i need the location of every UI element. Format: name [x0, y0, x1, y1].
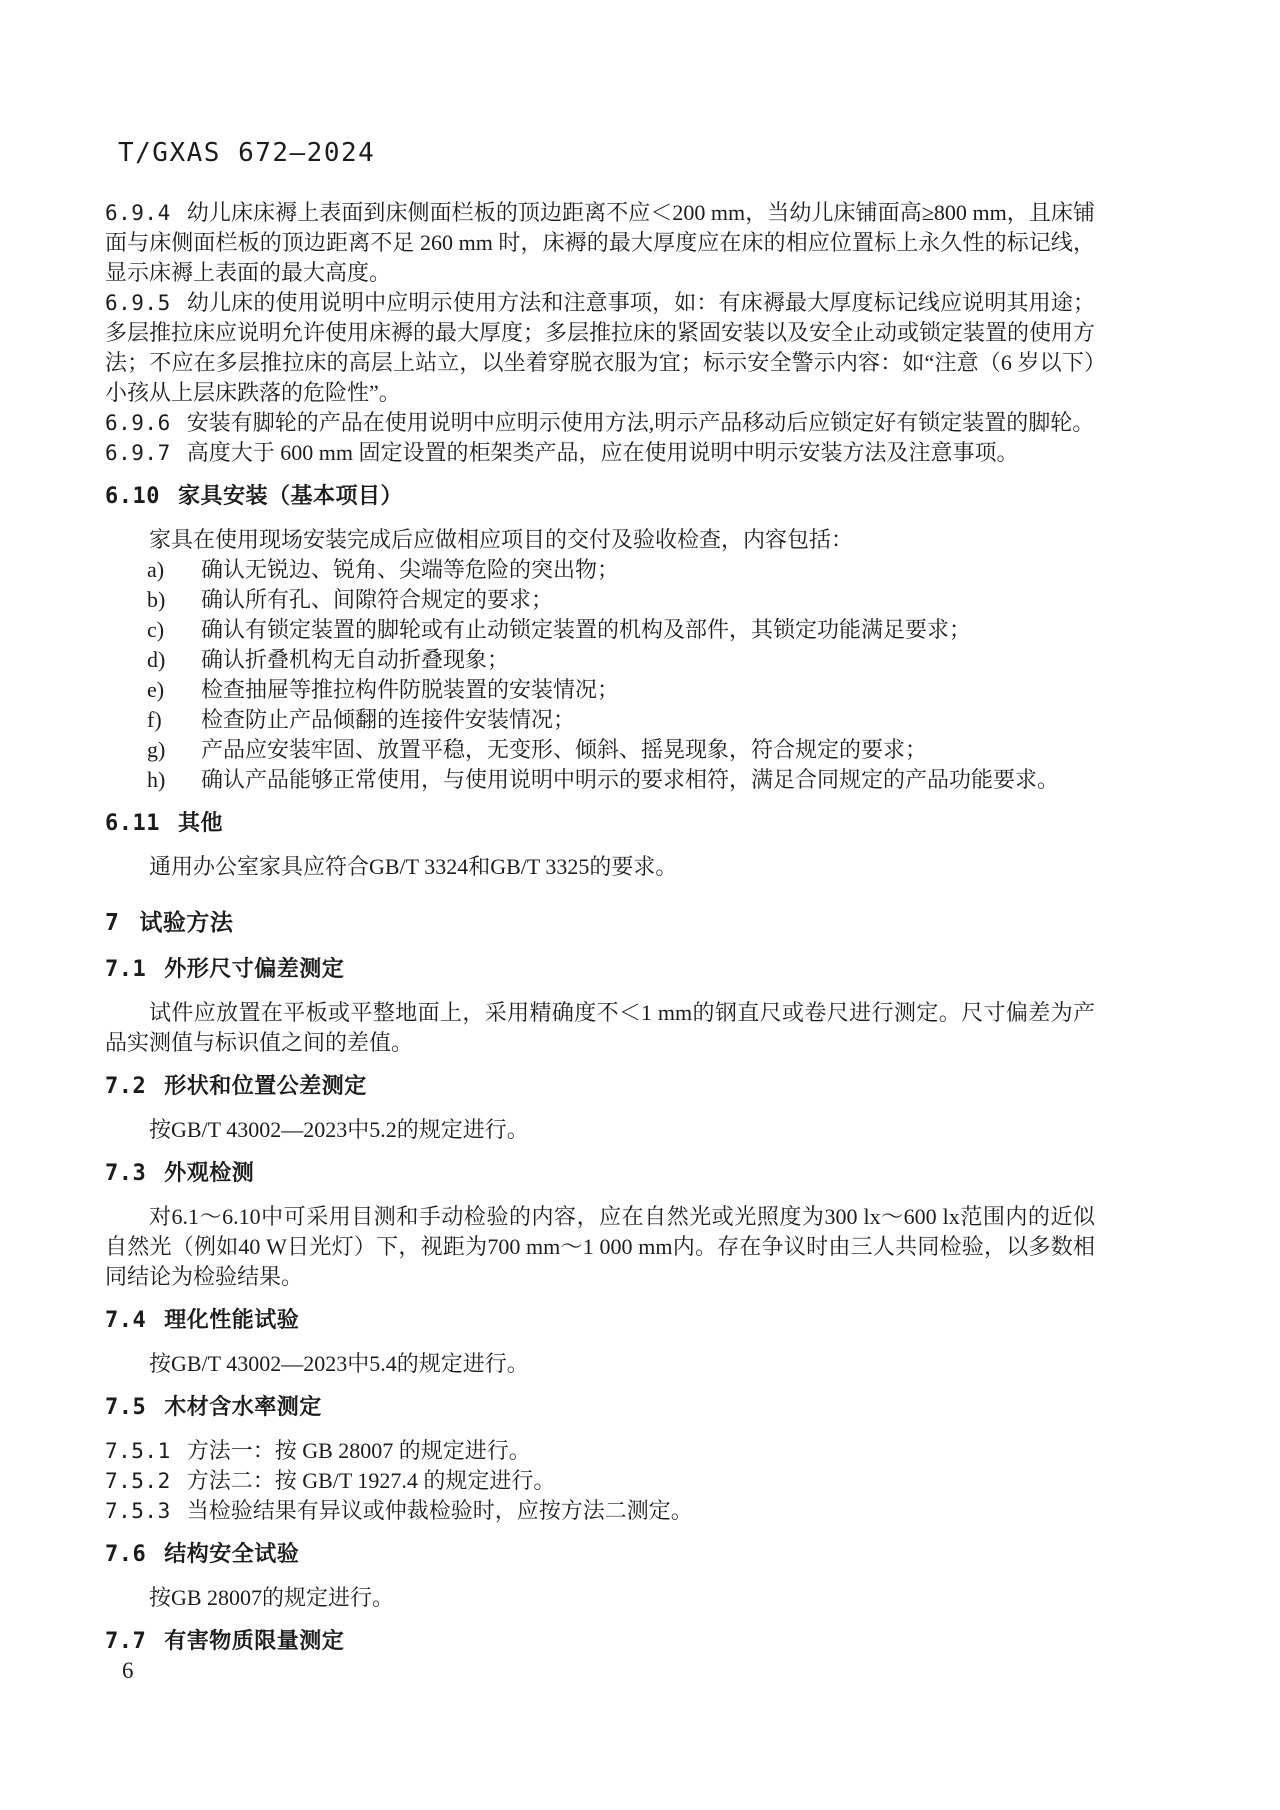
clause-text: 幼儿床床褥上表面到床侧面栏板的顶边距离不应＜200 mm，当幼儿床铺面高≥800… [105, 200, 1095, 285]
clause-number: 6.9.6 [105, 411, 171, 435]
section-number: 7.7 [105, 1629, 146, 1654]
section-title: 木材含水率测定 [164, 1394, 322, 1419]
list-item-label: g) [147, 735, 175, 765]
acceptance-checklist: a)确认无锐边、锐角、尖端等危险的突出物； b)确认所有孔、间隙符合规定的要求；… [105, 555, 1095, 795]
clause-text: 安装有脚轮的产品在使用说明中应明示使用方法,明示产品移动后应锁定好有锁定装置的脚… [187, 410, 1095, 435]
section-number: 6.11 [105, 811, 160, 836]
list-item-d: d)确认折叠机构无自动折叠现象； [147, 645, 1095, 675]
document-body: 6.9.4幼儿床床褥上表面到床侧面栏板的顶边距离不应＜200 mm，当幼儿床铺面… [105, 198, 1095, 1670]
clause-number: 7.5.3 [105, 1499, 171, 1523]
section-title: 形状和位置公差测定 [164, 1073, 367, 1098]
section-title: 理化性能试验 [164, 1307, 299, 1332]
clause-number: 6.9.4 [105, 201, 171, 225]
clause-number: 6.9.5 [105, 291, 171, 315]
clause-number: 7.5.1 [105, 1439, 171, 1463]
chapter-heading-7: 7试验方法 [105, 906, 1095, 939]
paragraph-7-4: 按GB/T 43002—2023中5.4的规定进行。 [105, 1349, 1095, 1379]
clause-7-5-1: 7.5.1方法一：按 GB 28007 的规定进行。 [105, 1436, 1095, 1466]
list-item-f: f)检查防止产品倾翻的连接件安装情况； [147, 705, 1095, 735]
clause-text: 当检验结果有异议或仲裁检验时，应按方法二测定。 [187, 1498, 693, 1523]
section-title: 外形尺寸偏差测定 [164, 956, 344, 981]
section-number: 6.10 [105, 484, 160, 509]
chapter-title: 试验方法 [139, 909, 233, 935]
section-number: 7.4 [105, 1308, 146, 1333]
list-item-text: 确认产品能够正常使用，与使用说明中明示的要求相符，满足合同规定的产品功能要求。 [201, 767, 1059, 792]
paragraph-7-1: 试件应放置在平板或平整地面上，采用精确度不＜1 mm的钢直尺或卷尺进行测定。尺寸… [105, 998, 1095, 1058]
clause-6-9-6: 6.9.6安装有脚轮的产品在使用说明中应明示使用方法,明示产品移动后应锁定好有锁… [105, 408, 1095, 438]
section-heading-7-6: 7.6结构安全试验 [105, 1539, 1095, 1570]
list-item-e: e)检查抽屉等推拉构件防脱装置的安装情况； [147, 675, 1095, 705]
section-heading-7-2: 7.2形状和位置公差测定 [105, 1071, 1095, 1102]
clause-6-9-4: 6.9.4幼儿床床褥上表面到床侧面栏板的顶边距离不应＜200 mm，当幼儿床铺面… [105, 198, 1095, 288]
clause-text: 幼儿床的使用说明中应明示使用方法和注意事项，如：有床褥最大厚度标记线应说明其用途… [105, 290, 1095, 405]
page-number: 6 [122, 1658, 134, 1684]
paragraph-7-3: 对6.1～6.10中可采用目测和手动检验的内容，应在自然光或光照度为300 lx… [105, 1202, 1095, 1292]
section-heading-6-10: 6.10家具安装（基本项目） [105, 481, 1095, 512]
section-title: 其他 [178, 810, 223, 835]
list-item-text: 确认有锁定装置的脚轮或有止动锁定装置的机构及部件，其锁定功能满足要求； [201, 617, 971, 642]
section-heading-7-1: 7.1外形尺寸偏差测定 [105, 954, 1095, 985]
section-number: 7.3 [105, 1161, 146, 1186]
list-item-label: e) [147, 675, 175, 705]
list-item-text: 检查抽屉等推拉构件防脱装置的安装情况； [201, 677, 619, 702]
clause-7-5-2: 7.5.2方法二：按 GB/T 1927.4 的规定进行。 [105, 1466, 1095, 1496]
standard-number-header: T/GXAS 672—2024 [118, 138, 375, 168]
list-item-label: f) [147, 705, 175, 735]
clause-text: 方法二：按 GB/T 1927.4 的规定进行。 [187, 1468, 556, 1493]
section-heading-7-4: 7.4理化性能试验 [105, 1305, 1095, 1336]
list-item-text: 产品应安装牢固、放置平稳，无变形、倾斜、摇晃现象，符合规定的要求； [201, 737, 927, 762]
clause-number: 7.5.2 [105, 1469, 171, 1493]
clause-text: 方法一：按 GB 28007 的规定进行。 [187, 1438, 531, 1463]
section-number: 7.2 [105, 1074, 146, 1099]
clause-text: 高度大于 600 mm 固定设置的柜架类产品，应在使用说明中明示安装方法及注意事… [187, 440, 1019, 465]
list-item-text: 检查防止产品倾翻的连接件安装情况； [201, 707, 575, 732]
clause-6-9-7: 6.9.7高度大于 600 mm 固定设置的柜架类产品，应在使用说明中明示安装方… [105, 438, 1095, 468]
section-number: 7.5 [105, 1395, 146, 1420]
clause-6-9-5: 6.9.5幼儿床的使用说明中应明示使用方法和注意事项，如：有床褥最大厚度标记线应… [105, 288, 1095, 408]
section-heading-7-5: 7.5木材含水率测定 [105, 1392, 1095, 1423]
list-item-text: 确认折叠机构无自动折叠现象； [201, 647, 509, 672]
section-title: 家具安装（基本项目） [178, 483, 403, 508]
list-item-h: h)确认产品能够正常使用，与使用说明中明示的要求相符，满足合同规定的产品功能要求… [147, 765, 1095, 795]
chapter-number: 7 [105, 910, 119, 936]
paragraph-6-10-intro: 家具在使用现场安装完成后应做相应项目的交付及验收检查，内容包括： [105, 525, 1095, 555]
section-title: 有害物质限量测定 [164, 1628, 344, 1653]
list-item-label: a) [147, 555, 175, 585]
paragraph-7-6: 按GB 28007的规定进行。 [105, 1583, 1095, 1613]
clause-7-5-3: 7.5.3当检验结果有异议或仲裁检验时，应按方法二测定。 [105, 1496, 1095, 1526]
section-heading-6-11: 6.11其他 [105, 808, 1095, 839]
section-title: 结构安全试验 [164, 1541, 299, 1566]
section-number: 7.1 [105, 957, 146, 982]
section-heading-7-7: 7.7有害物质限量测定 [105, 1626, 1095, 1657]
list-item-label: d) [147, 645, 175, 675]
list-item-text: 确认所有孔、间隙符合规定的要求； [201, 587, 553, 612]
section-heading-7-3: 7.3外观检测 [105, 1158, 1095, 1189]
list-item-label: h) [147, 765, 175, 795]
paragraph-6-11: 通用办公室家具应符合GB/T 3324和GB/T 3325的要求。 [105, 852, 1095, 882]
section-title: 外观检测 [164, 1160, 254, 1185]
list-item-b: b)确认所有孔、间隙符合规定的要求； [147, 585, 1095, 615]
list-item-a: a)确认无锐边、锐角、尖端等危险的突出物； [147, 555, 1095, 585]
list-item-c: c)确认有锁定装置的脚轮或有止动锁定装置的机构及部件，其锁定功能满足要求； [147, 615, 1095, 645]
document-page: T/GXAS 672—2024 6.9.4幼儿床床褥上表面到床侧面栏板的顶边距离… [0, 0, 1280, 1810]
list-item-text: 确认无锐边、锐角、尖端等危险的突出物； [201, 557, 619, 582]
clause-number: 6.9.7 [105, 441, 171, 465]
section-number: 7.6 [105, 1542, 146, 1567]
list-item-label: b) [147, 585, 175, 615]
list-item-g: g)产品应安装牢固、放置平稳，无变形、倾斜、摇晃现象，符合规定的要求； [147, 735, 1095, 765]
list-item-label: c) [147, 615, 175, 645]
paragraph-7-2: 按GB/T 43002—2023中5.2的规定进行。 [105, 1115, 1095, 1145]
